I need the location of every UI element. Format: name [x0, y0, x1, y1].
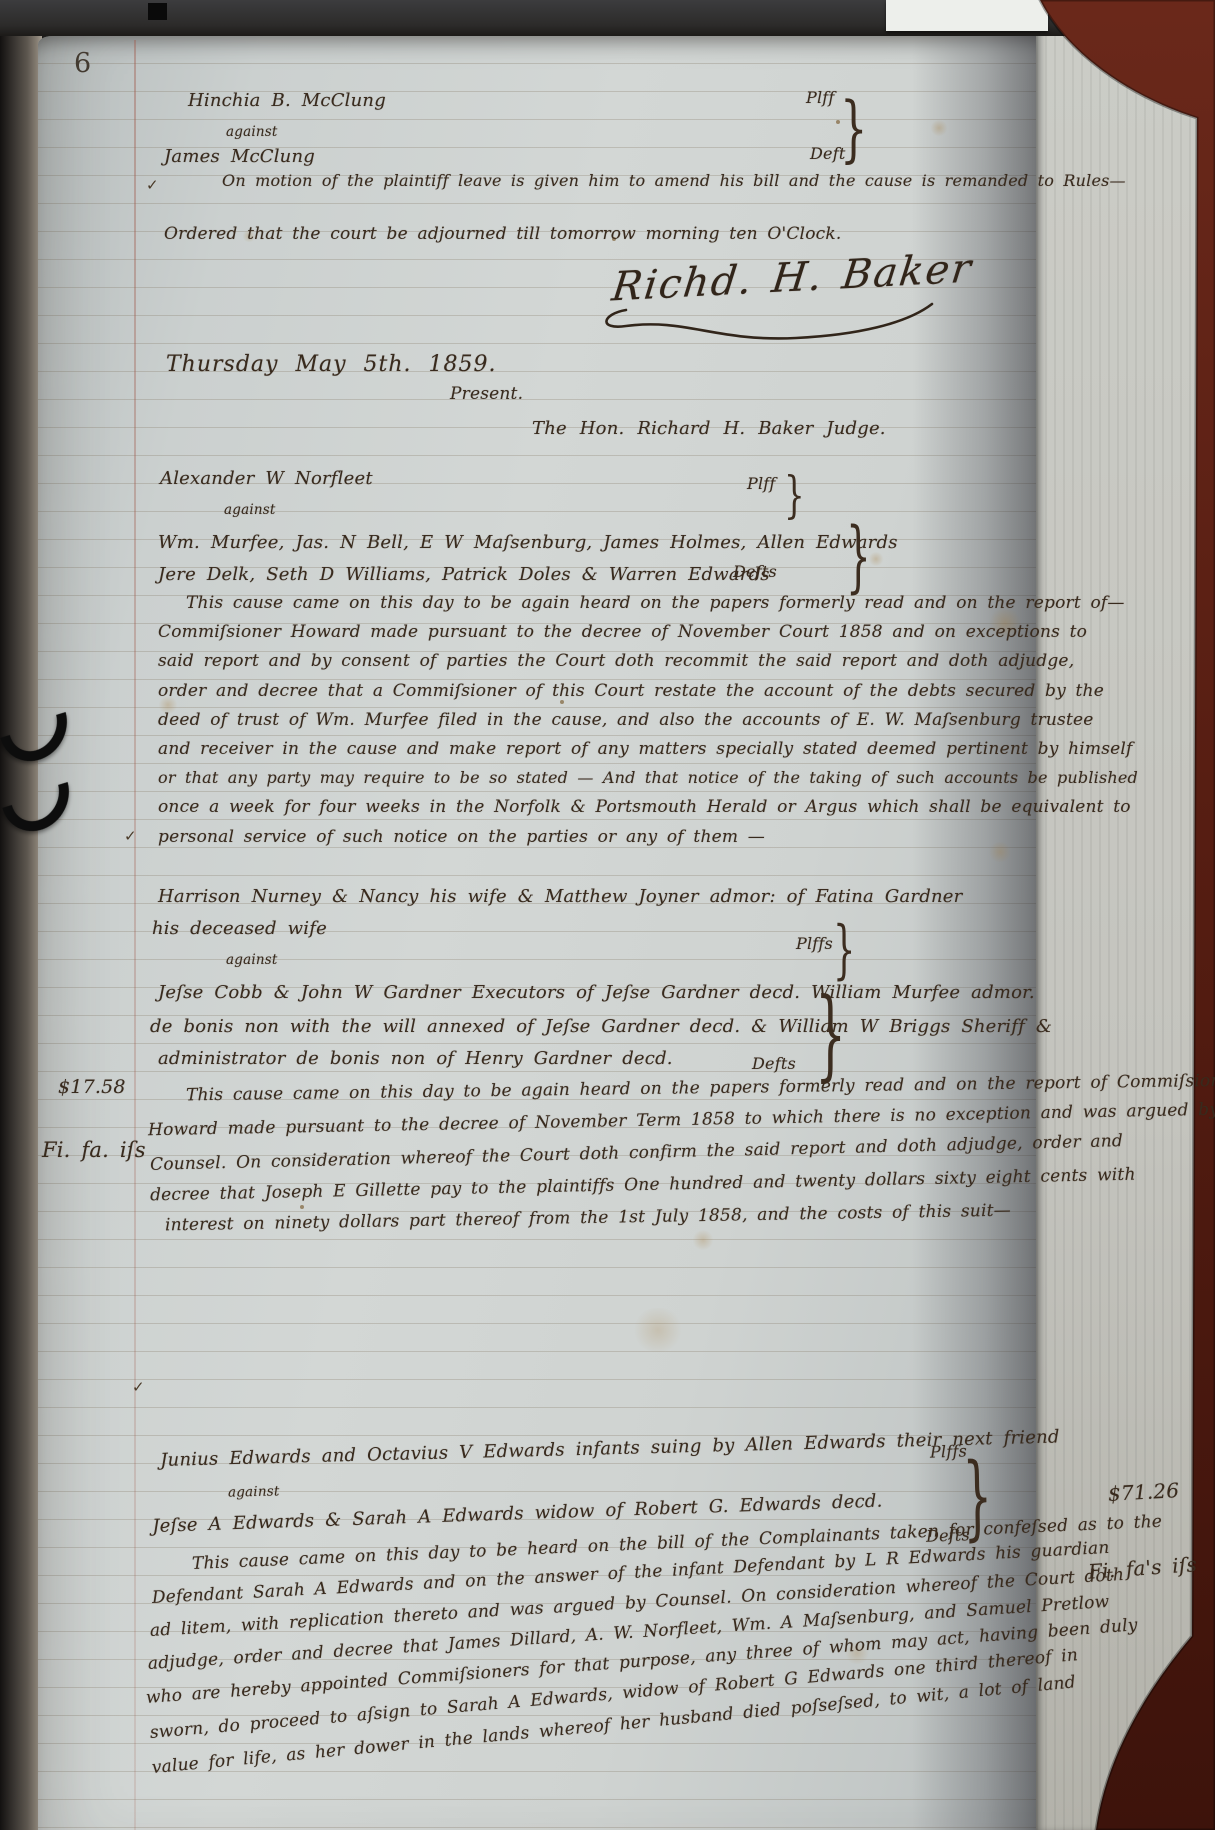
entry3-body-line: decree that Joseph E Gillette pay to the… — [150, 1167, 1136, 1205]
entry2-body-line: deed of trust of Wm. Murfee filed in the… — [158, 712, 1094, 729]
entry2-body-line: Commiſsioner Howard made pursuant to the… — [158, 624, 1087, 641]
entry1-order-line: On motion of the plaintiff leave is give… — [222, 173, 1126, 189]
entry1-defendant: James McClung — [164, 148, 315, 166]
entry2-deft-label: Defts — [733, 564, 777, 580]
entry3-against: against — [226, 954, 278, 968]
entry2-deft-brace: } — [846, 518, 871, 596]
entry3-caption-2: his deceased wife — [152, 920, 327, 938]
entry3-plffs-label: Plffs — [796, 936, 833, 952]
entry3-defts-brace: } — [815, 986, 846, 1084]
entry2-defendants-1: Wm. Murfee, Jas. N Bell, E W Maſsenburg,… — [158, 534, 898, 552]
entry1-against: against — [226, 126, 278, 140]
entry3-plffs-brace: } — [833, 918, 855, 982]
session-judge: The Hon. Richard H. Baker Judge. — [532, 420, 886, 438]
entry2-body-line: once a week for four weeks in the Norfol… — [158, 799, 1131, 816]
entry2-plff-brace: } — [784, 470, 805, 520]
entry4-caption-1: Junius Edwards and Octavius V Edwards in… — [160, 1428, 1060, 1470]
entry2-body-line: said report and by consent of parties th… — [158, 653, 1074, 670]
entry1-adjourn-line: Ordered that the court be adjourned till… — [164, 226, 841, 243]
entry2-plaintiff: Alexander W Norfleet — [160, 470, 373, 488]
entry1-plaintiff: Hinchia B. McClung — [188, 92, 386, 110]
handwritten-content: 6 Hinchia B. McClung Plff } against Jame… — [0, 0, 1215, 1830]
margin-checkmark: ✓ — [124, 827, 137, 845]
entry2-body-line: or that any party may require to be so s… — [158, 770, 1138, 786]
entry4-margin-amount: $71.26 — [1108, 1480, 1180, 1504]
entry3-margin-amount: $17.58 — [58, 1078, 126, 1097]
entry3-defendants-2: de bonis non with the will annexed of Je… — [150, 1018, 1052, 1036]
entry2-body-line: personal service of such notice on the p… — [158, 829, 765, 846]
entry3-caption-1: Harrison Nurney & Nancy his wife & Matth… — [158, 888, 962, 906]
margin-checkmark: ✓ — [146, 176, 159, 194]
entry3-defts-label: Defts — [752, 1056, 796, 1072]
entry1-plff-label: Plff — [806, 90, 835, 106]
entry3-body-line: This cause came on this day to be again … — [186, 1073, 1215, 1105]
entry2-body-line: order and decree that a Commiſsioner of … — [158, 683, 1104, 700]
entry2-body-line: This cause came on this day to be again … — [186, 595, 1125, 612]
entry3-margin-note: Fi. fa. iſs — [42, 1140, 146, 1161]
entry3-defendants-3: administrator de bonis non of Henry Gard… — [158, 1050, 673, 1068]
entry4-against: against — [228, 1485, 280, 1500]
entry2-plff-label: Plff — [747, 476, 776, 492]
session-date: Thursday May 5th. 1859. — [166, 354, 496, 376]
page-number: 6 — [74, 48, 92, 79]
entry2-defendants-2: Jere Delk, Seth D Williams, Patrick Dole… — [158, 566, 770, 584]
entry3-body-line: interest on ninety dollars part thereof … — [165, 1203, 1011, 1235]
entry2-body-line: and receiver in the cause and make repor… — [158, 741, 1133, 758]
session-present: Present. — [450, 386, 523, 403]
photographed-court-record-page: 6 Hinchia B. McClung Plff } against Jame… — [0, 0, 1215, 1830]
entry2-against: against — [224, 504, 276, 518]
entry3-defendants-1: Jeſse Cobb & John W Gardner Executors of… — [158, 984, 1035, 1002]
margin-checkmark: ✓ — [132, 1378, 145, 1396]
signature-flourish — [596, 296, 936, 350]
entry1-deft-label: Deft — [810, 146, 845, 162]
